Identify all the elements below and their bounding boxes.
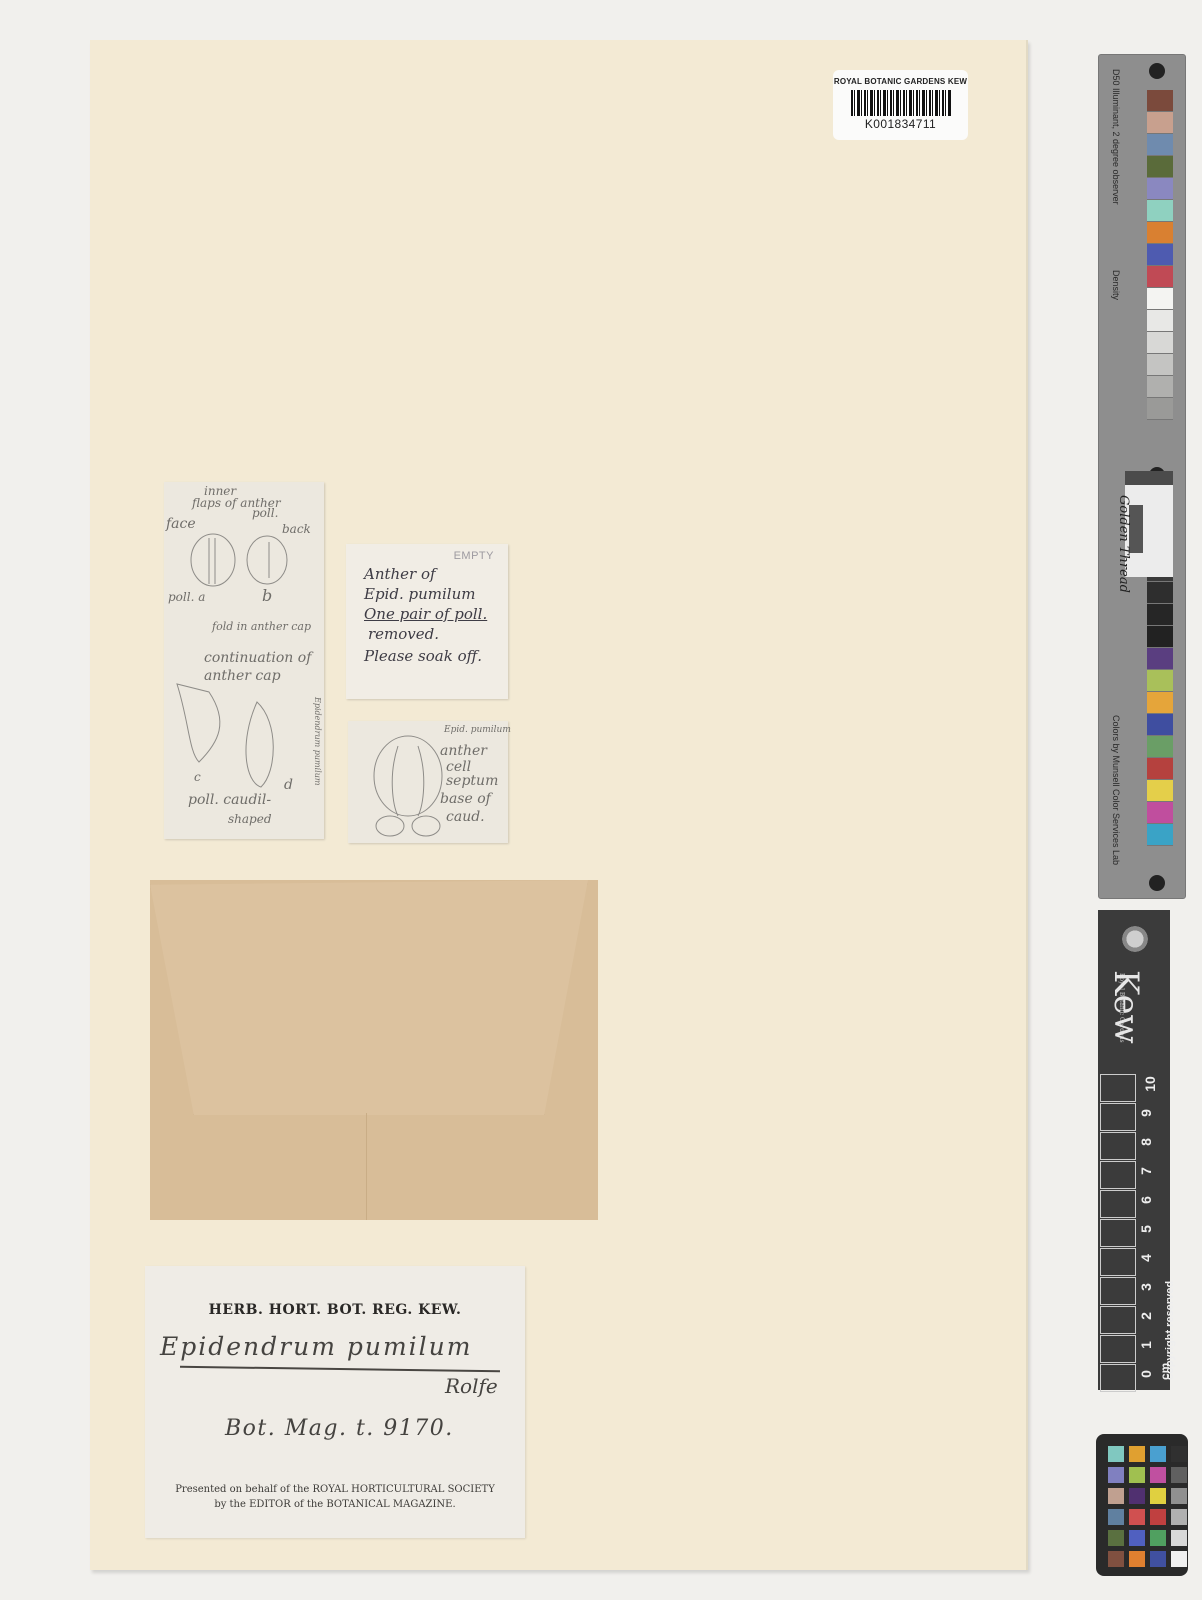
- annotation: base of: [440, 791, 491, 807]
- sketch-card-anther: inner flaps of anther face poll. back po…: [164, 482, 324, 839]
- cm-scale: 109876543210: [1098, 1070, 1142, 1390]
- color-checker-grid: [1108, 1446, 1187, 1567]
- chart-hole-bottom: [1149, 875, 1165, 891]
- color-checker-card: [1096, 1434, 1188, 1576]
- scale-cell: [1100, 1074, 1136, 1102]
- color-checker-patch: [1108, 1530, 1124, 1546]
- colour-swatch: [1147, 648, 1173, 670]
- colour-swatch: [1147, 178, 1173, 200]
- note-line: removed.: [368, 624, 439, 644]
- scale-number: 10: [1142, 1076, 1158, 1092]
- colour-swatch: [1147, 112, 1173, 134]
- scale-number: 1: [1138, 1341, 1154, 1349]
- annotation: poll. caudil-: [188, 792, 271, 808]
- golden-thread-text: Golden Thread: [1116, 495, 1131, 593]
- colour-swatch: [1147, 626, 1173, 648]
- color-checker-patch: [1171, 1530, 1187, 1546]
- presented-line-1: Presented on behalf of the ROYAL HORTICU…: [145, 1482, 525, 1497]
- scale-cell: [1100, 1248, 1136, 1276]
- color-checker-patch: [1150, 1467, 1166, 1483]
- sketch-card-column: Epid. pumilum anther cell septum base of…: [348, 721, 508, 843]
- presented-by: Presented on behalf of the ROYAL HORTICU…: [145, 1482, 525, 1512]
- color-checker-patch: [1129, 1509, 1145, 1525]
- colour-swatches: [1147, 90, 1173, 846]
- scale-cell: [1100, 1335, 1136, 1363]
- kew-scale-bar: Royal Botanic Gardens Kew 109876543210 c…: [1098, 910, 1170, 1390]
- scale-cell: [1100, 1132, 1136, 1160]
- scale-cell: [1100, 1161, 1136, 1189]
- annotation: poll. a: [168, 590, 205, 604]
- scale-cell: [1100, 1219, 1136, 1247]
- colour-swatch: [1147, 736, 1173, 758]
- note-line: Epid. pumilum: [364, 584, 475, 604]
- barcode-number: K001834711: [833, 117, 968, 131]
- annotation: c: [194, 770, 201, 784]
- annotation: face: [166, 516, 196, 532]
- color-checker-patch: [1150, 1488, 1166, 1504]
- scale-number: 8: [1138, 1138, 1154, 1146]
- colour-swatch: [1147, 134, 1173, 156]
- species-name: Epidendrum pumilum: [160, 1332, 472, 1361]
- golden-thread-target: [1125, 485, 1173, 577]
- colour-swatch: [1147, 802, 1173, 824]
- herbarium-header: HERB. HORT. BOT. REG. KEW.: [145, 1302, 525, 1318]
- color-checker-patch: [1108, 1551, 1124, 1567]
- envelope-flap[interactable]: [150, 880, 588, 1115]
- illuminant-text: D50 Illuminant, 2 degree observer: [1111, 69, 1121, 205]
- annotation: fold in anther cap: [212, 620, 311, 633]
- annotation: continuation of: [204, 650, 311, 666]
- color-checker-patch: [1129, 1467, 1145, 1483]
- kew-crest-icon: [1120, 924, 1150, 954]
- colour-swatch: [1147, 692, 1173, 714]
- publication-reference: Bot. Mag. t. 9170.: [225, 1416, 454, 1441]
- scale-number: 0: [1138, 1370, 1154, 1378]
- colour-swatch: [1147, 222, 1173, 244]
- golden-thread-band: [1125, 471, 1173, 485]
- pollinia-sketch-cd: [169, 682, 289, 792]
- colour-swatch: [1147, 604, 1173, 626]
- envelope-seam: [366, 1113, 367, 1220]
- color-checker-patch: [1129, 1446, 1145, 1462]
- scale-number: 2: [1138, 1312, 1154, 1320]
- annotation: poll.: [252, 506, 278, 520]
- color-checker-patch: [1108, 1509, 1124, 1525]
- color-checker-patch: [1150, 1509, 1166, 1525]
- color-checker-patch: [1171, 1509, 1187, 1525]
- annotation: anther: [440, 743, 487, 759]
- annotation: caud.: [446, 809, 485, 825]
- scale-number: 6: [1138, 1196, 1154, 1204]
- colour-swatch: [1147, 200, 1173, 222]
- color-checker-patch: [1129, 1530, 1145, 1546]
- annotation: Epid. pumilum: [444, 725, 511, 735]
- fragment-envelope[interactable]: [150, 880, 598, 1220]
- color-checker-patch: [1150, 1530, 1166, 1546]
- species-underline: [180, 1366, 500, 1372]
- color-checker-patch: [1171, 1551, 1187, 1567]
- color-checker-patch: [1108, 1488, 1124, 1504]
- scale-number: 9: [1138, 1109, 1154, 1117]
- presented-line-2: by the EDITOR of the BOTANICAL MAGAZINE.: [145, 1497, 525, 1512]
- cm-unit: cm: [1158, 1363, 1172, 1380]
- chart-hole-top: [1149, 63, 1165, 79]
- colour-swatch: [1147, 398, 1173, 420]
- colour-swatch: [1147, 714, 1173, 736]
- annotation: shaped: [228, 812, 272, 826]
- colour-swatch: [1147, 376, 1173, 398]
- kew-logo: Kew: [1106, 970, 1146, 1044]
- color-checker-patch: [1150, 1551, 1166, 1567]
- empty-stamp: EMPTY: [454, 550, 494, 562]
- institution-name: ROYAL BOTANIC GARDENS KEW: [833, 77, 968, 86]
- target-block: [1129, 505, 1143, 553]
- colour-swatch: [1147, 354, 1173, 376]
- annotation: Epidendrum pumilum: [313, 697, 322, 785]
- colour-swatch: [1147, 244, 1173, 266]
- scale-cell: [1100, 1190, 1136, 1218]
- colour-swatch: [1147, 310, 1173, 332]
- scale-cell: [1100, 1277, 1136, 1305]
- scale-cell: [1100, 1103, 1136, 1131]
- scale-cell: [1100, 1364, 1136, 1392]
- color-checker-patch: [1108, 1446, 1124, 1462]
- color-checker-patch: [1129, 1488, 1145, 1504]
- scale-number: 7: [1138, 1167, 1154, 1175]
- colour-swatch: [1147, 156, 1173, 178]
- colour-swatch: [1147, 670, 1173, 692]
- color-checker-patch: [1108, 1467, 1124, 1483]
- annotation: b: [262, 586, 272, 605]
- note-line: Anther of: [364, 564, 436, 584]
- color-checker-patch: [1171, 1488, 1187, 1504]
- colour-swatch: [1147, 824, 1173, 846]
- annotation: septum: [446, 773, 498, 789]
- annotation: d: [284, 777, 293, 793]
- color-checker-patch: [1171, 1446, 1187, 1462]
- note-card: EMPTY Anther of Epid. pumilum One pair o…: [346, 544, 508, 699]
- determination-label: HERB. HORT. BOT. REG. KEW. Epidendrum pu…: [145, 1266, 525, 1538]
- density-label: Density: [1111, 270, 1121, 300]
- species-author: Rolfe: [445, 1374, 498, 1398]
- colour-swatch: [1147, 288, 1173, 310]
- color-checker-patch: [1129, 1551, 1145, 1567]
- barcode-bars: [851, 90, 951, 116]
- color-checker-patch: [1171, 1467, 1187, 1483]
- munsell-credit: Colors by Munsell Color Services Lab: [1111, 715, 1121, 865]
- scale-number: 5: [1138, 1225, 1154, 1233]
- barcode-label: ROYAL BOTANIC GARDENS KEW K001834711: [833, 70, 968, 140]
- color-checker-patch: [1150, 1446, 1166, 1462]
- colour-swatch: [1147, 758, 1173, 780]
- colour-swatch: [1147, 332, 1173, 354]
- scale-number: 3: [1138, 1283, 1154, 1291]
- scale-cell: [1100, 1306, 1136, 1334]
- note-line: One pair of poll.: [364, 604, 487, 624]
- colour-calibration-chart: D50 Illuminant, 2 degree observer Densit…: [1098, 54, 1186, 899]
- colour-swatch: [1147, 90, 1173, 112]
- column-sketch: [368, 731, 448, 841]
- scale-number: 4: [1138, 1254, 1154, 1262]
- colour-swatch: [1147, 582, 1173, 604]
- note-line: Please soak off.: [364, 646, 482, 666]
- colour-swatch: [1147, 266, 1173, 288]
- colour-swatch: [1147, 780, 1173, 802]
